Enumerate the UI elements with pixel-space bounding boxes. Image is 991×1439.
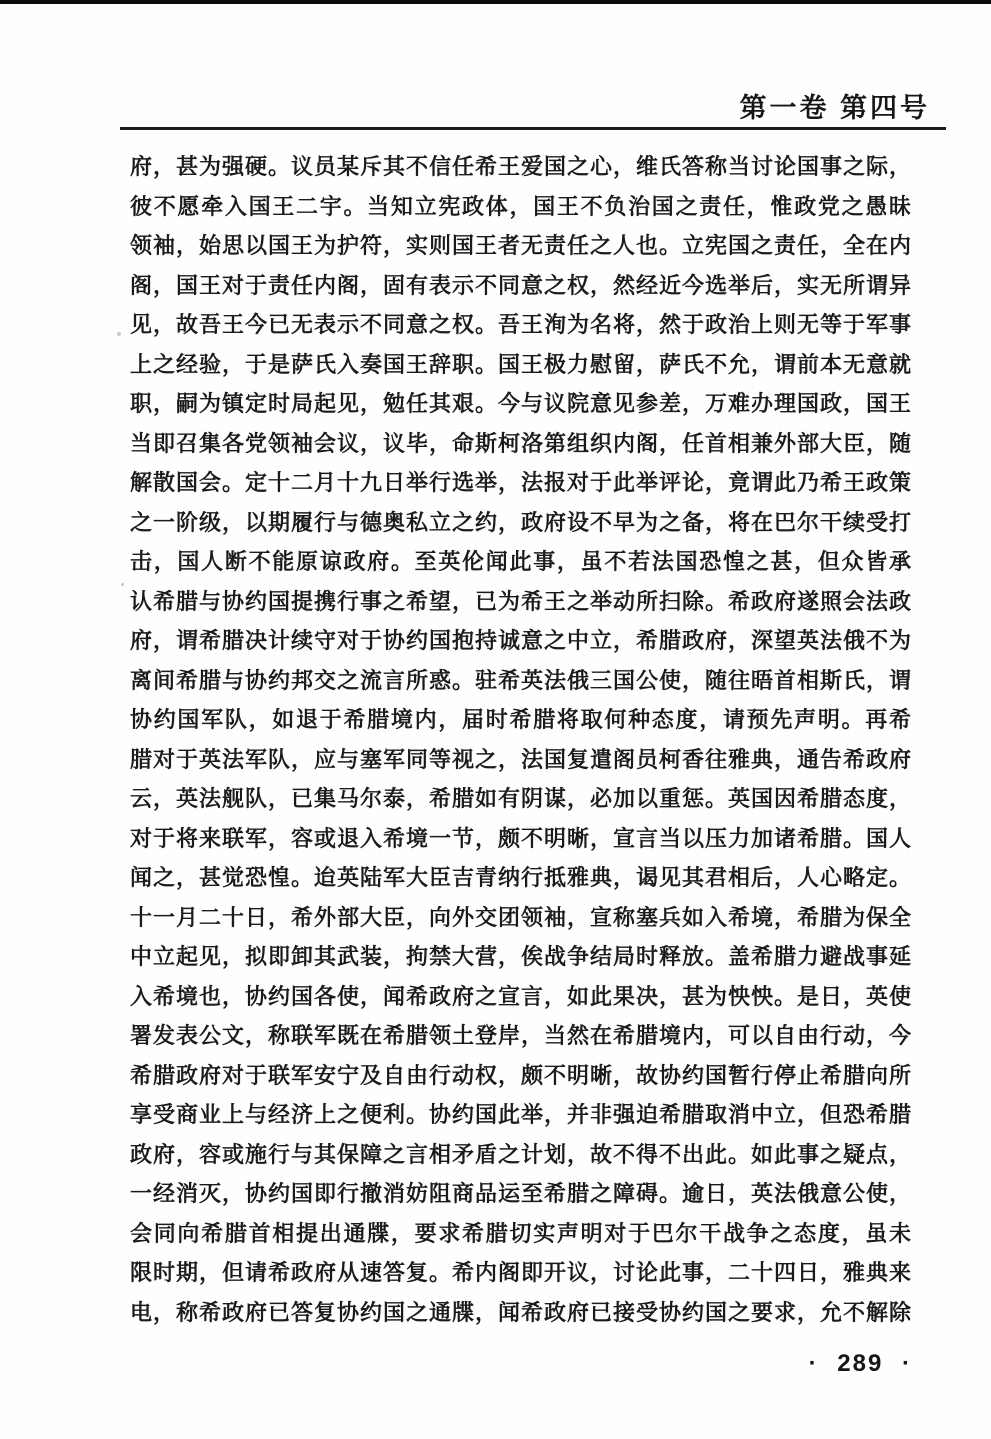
- scanned-page: 第一卷 第四号 府，甚为强硬。议员某斥其不信任希王爱国之心，维氏答称当讨论国事之…: [0, 0, 991, 1439]
- text-line: 协约国军队，如退于希腊境内，届时希腊将取何种态度，请预先声明。再希: [130, 700, 911, 740]
- text-line: 闻之，甚觉恐惶。迨英陆军大臣吉青纳行抵雅典，谒见其君相后，人心略定。: [130, 858, 911, 898]
- text-line: 会同向希腊首相提出通牒，要求希腊切实声明对于巴尔干战争之态度，虽未: [130, 1214, 911, 1254]
- scan-speck: [121, 583, 124, 586]
- text-line: 之一阶级，以期履行与德奥私立之约，政府设不早为之备，将在巴尔干续受打: [130, 503, 911, 543]
- text-line: 一经消灭，协约国即行撤消妨阻商品运至希腊之障碍。逾日，英法俄意公使，: [130, 1174, 911, 1214]
- text-line: 当即召集各党领袖会议，议毕，命斯柯洛第组织内阁，任首相兼外部大臣，随: [130, 424, 911, 464]
- text-line: 阁，国王对于责任内阁，固有表示不同意之权，然经近今选举后，实无所谓异: [130, 266, 911, 306]
- text-line: 希腊政府对于联军安宁及自由行动权，颇不明晰，故协约国暂行停止希腊向所: [130, 1056, 911, 1096]
- page-footer: · 289 ·: [0, 1350, 912, 1378]
- text-line: 限时期，但请希政府从速答复。希内阁即开议，讨论此事，二十四日，雅典来: [130, 1253, 911, 1293]
- text-line: 上之经验，于是萨氏入奏国王辞职。国王极力慰留，萨氏不允，谓前本无意就: [130, 345, 911, 385]
- page-header: 第一卷 第四号: [0, 86, 930, 125]
- text-line: 十一月二十日，希外部大臣，向外交团领袖，宣称塞兵如入希境，希腊为保全: [130, 898, 911, 938]
- text-line: 享受商业上与经济上之便利。协约国此举，并非强迫希腊取消中立，但恐希腊: [130, 1095, 911, 1135]
- text-line: 中立起见，拟即卸其武装，拘禁大营，俟战争结局时释放。盖希腊力避战事延: [130, 937, 911, 977]
- text-line: 入希境也，协约国各使，闻希政府之宣言，如此果决，甚为怏怏。是日，英使: [130, 977, 911, 1017]
- text-line: 击，国人断不能原谅政府。至英伦闻此事，虽不若法国恐惶之甚，但众皆承: [130, 542, 911, 582]
- text-line: 署发表公文，称联军既在希腊领土登岸，当然在希腊境内，可以自由行动，今: [130, 1016, 911, 1056]
- text-line: 认希腊与协约国提携行事之希望，已为希王之举动所扫除。希政府遂照会法政: [130, 582, 911, 622]
- text-line: 职，嗣为镇定时局起见，勉任其艰。今与议院意见参差，万难办理国政，国王: [130, 384, 911, 424]
- issue-label: 第一卷 第四号: [739, 93, 930, 123]
- text-line: 府，甚为强硬。议员某斥其不信任希王爱国之心，维氏答称当讨论国事之际，: [130, 147, 911, 187]
- scan-edge-artifact: [0, 0, 991, 4]
- text-line: 云，英法舰队，已集马尔泰，希腊如有阴谋，必加以重惩。英国因希腊态度，: [130, 779, 911, 819]
- page-number: · 289 ·: [809, 1350, 912, 1377]
- text-line: 离间希腊与协约邦交之流言所惑。驻希英法俄三国公使，随往晤首相斯氏，谓: [130, 661, 911, 701]
- text-line: 解散国会。定十二月十九日举行选举，法报对于此举评论，竟谓此乃希王政策: [130, 463, 911, 503]
- body-text: 府，甚为强硬。议员某斥其不信任希王爱国之心，维氏答称当讨论国事之际，彼不愿牵入国…: [130, 147, 911, 1332]
- text-line: 政府，容或施行与其保障之言相矛盾之计划，故不得不出此。如此事之疑点，: [130, 1135, 911, 1175]
- text-line: 彼不愿牵入国王二宇。当知立宪政体，国王不负治国之责任，惟政党之愚昧: [130, 187, 911, 227]
- scan-speck: [117, 332, 121, 336]
- text-line: 腊对于英法军队，应与塞军同等视之，法国复遣阁员柯香往雅典，通告希政府: [130, 740, 911, 780]
- text-line: 府，谓希腊决计续守对于协约国抱持诚意之中立，希腊政府，深望英法俄不为: [130, 621, 911, 661]
- text-line: 电，称希政府已答复协约国之通牒，闻希政府已接受协约国之要求，允不解除: [130, 1293, 911, 1333]
- header-rule: [120, 127, 946, 130]
- text-line: 领袖，始思以国王为护符，实则国王者无责任之人也。立宪国之责任，全在内: [130, 226, 911, 266]
- text-line: 对于将来联军，容或退入希境一节，颇不明晰，宣言当以压力加诸希腊。国人: [130, 819, 911, 859]
- text-line: 见，故吾王今已无表示不同意之权。吾王洵为名将，然于政治上则无等于军事: [130, 305, 911, 345]
